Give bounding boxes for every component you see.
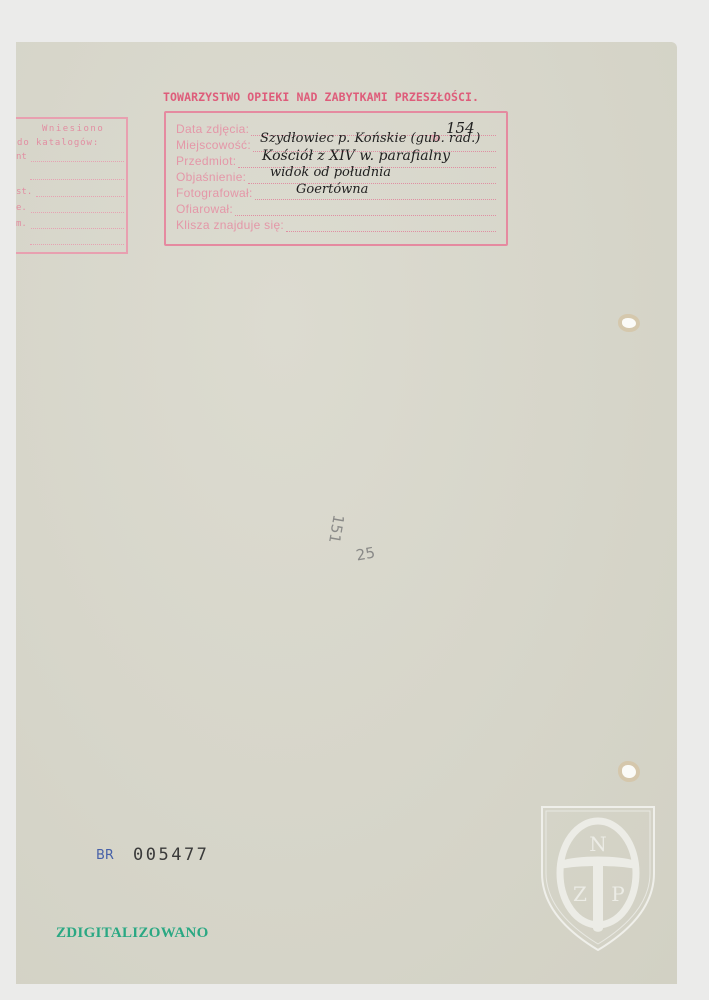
field-donor: Ofiarował: [176,200,496,216]
field-location-value: Szydłowiec p. Końskie (gub. rad.) [260,131,480,146]
svg-text:P: P [611,882,624,906]
inventory-prefix: BR [96,848,114,863]
side-stamp-title-line1: Wniesiono [42,124,104,134]
paper-damage-hole [622,765,636,778]
svg-text:Z: Z [573,882,587,906]
field-label: Objaśnienie: [176,170,246,184]
field-label: Fotografował: [176,186,253,200]
field-description-value: widok od południa [270,165,391,180]
side-stamp-row [26,234,124,245]
field-negative-location: Klisza znajduje się: [176,216,496,232]
field-subject-value: Kościół z XIV w. parafialny [262,148,450,164]
side-stamp-title-line2: do katalogów: [17,138,99,148]
field-line [255,188,496,200]
society-header-title: TOWARZYSTWO OPIEKI NAD ZABYTKAMI PRZESZŁ… [163,90,513,104]
field-label: Miejscowość: [176,138,251,152]
field-line [235,204,496,216]
side-stamp-row: e. [16,202,124,213]
side-stamp-row: nt [16,151,124,162]
side-stamp-row: m. [16,218,124,229]
shield-logo-icon: N Z P [538,803,658,953]
side-stamp-row: st. [16,186,124,197]
field-label: Data zdjęcia: [176,122,249,136]
field-line [286,220,496,232]
pencil-note: 25 [355,543,377,564]
field-photographer-value: Goertówna [296,182,368,197]
digitized-stamp: ZDIGITALIZOWANO [56,925,209,942]
field-label: Ofiarował: [176,202,233,216]
paper-damage-hole [622,318,636,328]
field-label: Przedmiot: [176,154,236,168]
inventory-number: 005477 [133,845,209,865]
side-stamp-row [26,169,124,180]
svg-text:N: N [589,832,607,856]
field-label: Klisza znajduje się: [176,218,284,232]
